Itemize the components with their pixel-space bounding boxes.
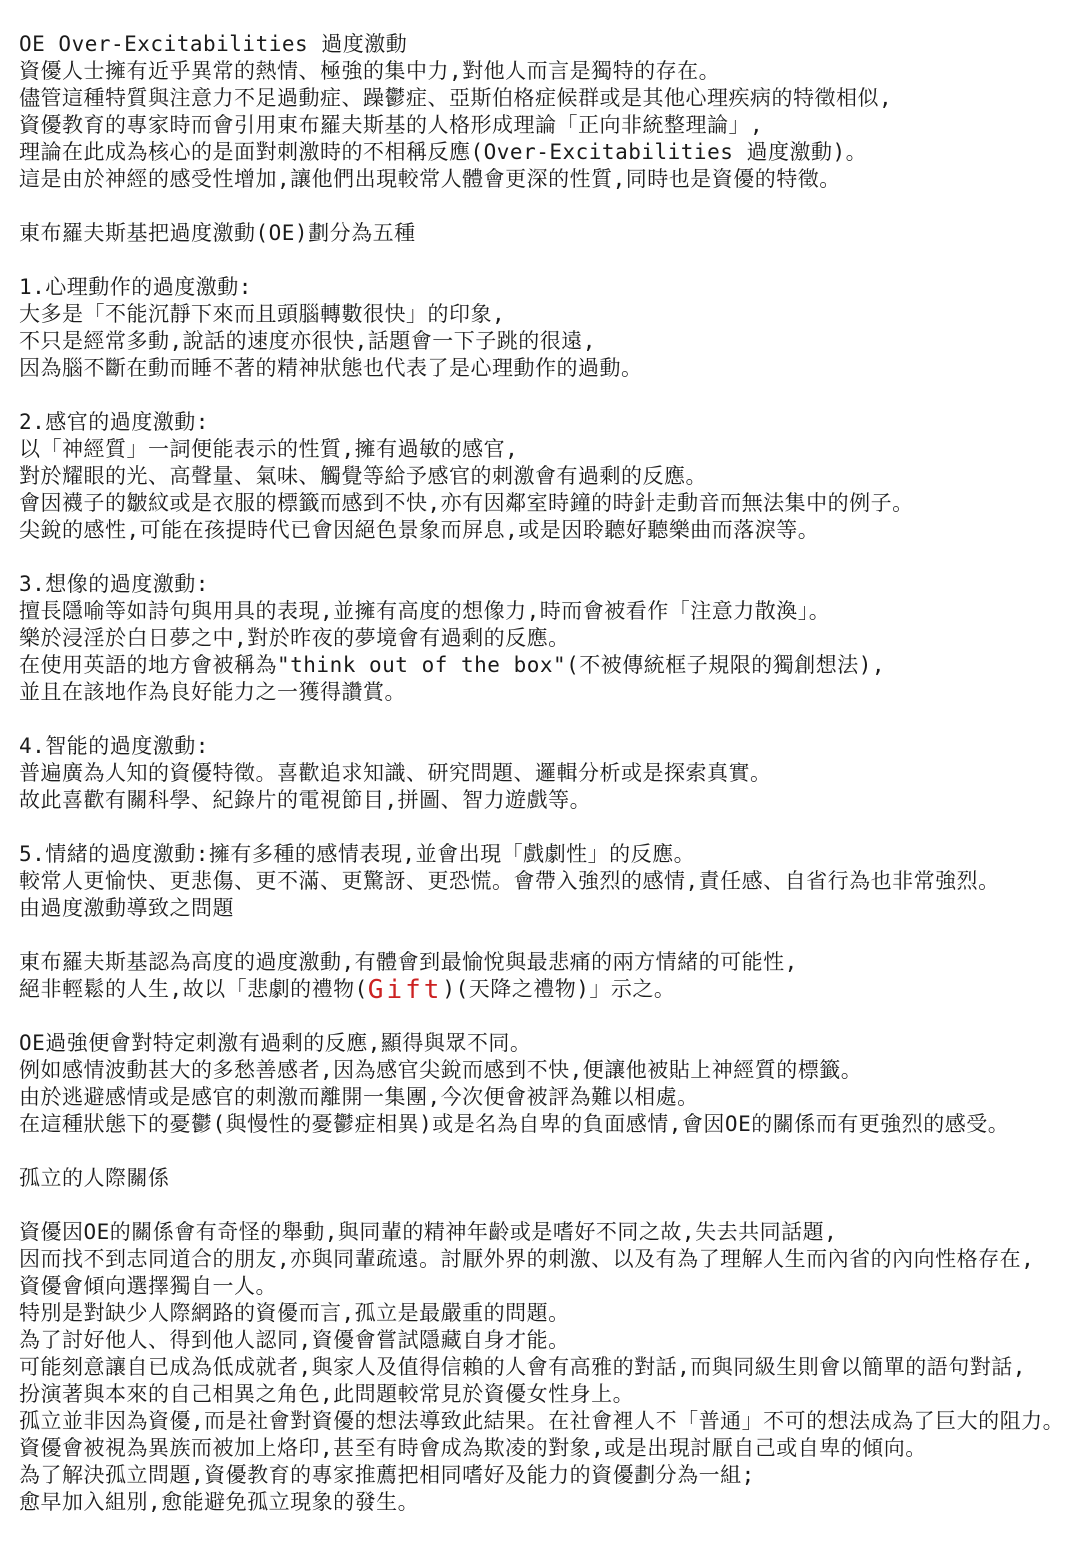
- text-line: 在這種狀態下的憂鬱(與慢性的憂鬱症相異)或是名為自卑的負面感情,會因OE的關係而…: [19, 1111, 1064, 1138]
- text-line: 資優教育的專家時而會引用東布羅夫斯基的人格形成理論「正向非統整理論」,: [19, 112, 1064, 139]
- text-line: 會因襪子的皺紋或是衣服的標籤而感到不快,亦有因鄰室時鐘的時針走動音而無法集中的例…: [19, 490, 1064, 517]
- text-line: 可能刻意讓自已成為低成就者,與家人及值得信賴的人會有高雅的對話,而與同級生則會以…: [19, 1354, 1064, 1381]
- section-heading-line: 2.感官的過度激動:: [19, 409, 1064, 436]
- paragraph-isolation-heading: 孤立的人際關係: [19, 1165, 1064, 1192]
- text-line: 資優因OE的關係會有奇怪的舉動,與同輩的精神年齡或是嗜好不同之故,失去共同話題,: [19, 1219, 1064, 1246]
- paragraph-isolation: 資優因OE的關係會有奇怪的舉動,與同輩的精神年齡或是嗜好不同之故,失去共同話題,…: [19, 1219, 1064, 1516]
- text-line: OE過強便會對特定刺激有過剩的反應,顯得與眾不同。: [19, 1030, 1064, 1057]
- text-line: 資優會被視為異族而被加上烙印,甚至有時會成為欺凌的對象,或是出現討厭自己或自卑的…: [19, 1435, 1064, 1462]
- gift-highlight: Gift: [368, 975, 443, 1005]
- paragraph-psychomotor: 1.心理動作的過度激動: 大多是「不能沉靜下來而且頭腦轉數很快」的印象, 不只是…: [19, 274, 1064, 382]
- text-line: 因而找不到志同道合的朋友,亦與同輩疏遠。討厭外界的刺激、以及有為了理解人生而內省…: [19, 1246, 1064, 1273]
- section-heading-line: 4.智能的過度激動:: [19, 733, 1064, 760]
- text-line: 理論在此成為核心的是面對刺激時的不相稱反應(Over-Excitabilitie…: [19, 139, 1064, 166]
- text-line: 孤立並非因為資優,而是社會對資優的想法導致此結果。在社會裡人不「普通」不可的想法…: [19, 1408, 1064, 1435]
- gift-line-after: )(天降之禮物)」示之。: [442, 977, 675, 1001]
- paragraph-intellectual: 4.智能的過度激動: 普遍廣為人知的資優特徵。喜歡追求知識、研究問題、邏輯分析或…: [19, 733, 1064, 814]
- section-heading-line: 5.情緒的過度激動:擁有多種的感情表現,並會出現「戲劇性」的反應。: [19, 841, 1064, 868]
- text-line: 扮演著與本來的自己相異之角色,此問題較常見於資優女性身上。: [19, 1381, 1064, 1408]
- text-line: 儘管這種特質與注意力不足過動症、躁鬱症、亞斯伯格症候群或是其他心理疾病的特徵相似…: [19, 85, 1064, 112]
- paragraph-emotional: 5.情緒的過度激動:擁有多種的感情表現,並會出現「戲劇性」的反應。 較常人更愉快…: [19, 841, 1064, 922]
- section-heading-line: 孤立的人際關係: [19, 1165, 1064, 1192]
- text-line: 為了討好他人、得到他人認同,資優會嘗試隱藏自身才能。: [19, 1327, 1064, 1354]
- text-line: 並且在該地作為良好能力之一獲得讚賞。: [19, 679, 1064, 706]
- text-line: 特別是對缺少人際網路的資優而言,孤立是最嚴重的問題。: [19, 1300, 1064, 1327]
- text-line: 樂於浸淫於白日夢之中,對於昨夜的夢境會有過剩的反應。: [19, 625, 1064, 652]
- paragraph-intro: OE Over-Excitabilities 過度激動 資優人士擁有近乎異常的熱…: [19, 31, 1064, 193]
- text-line: 愈早加入組別,愈能避免孤立現象的發生。: [19, 1489, 1064, 1516]
- gift-line-before: 絕非輕鬆的人生,故以「悲劇的禮物(: [19, 977, 368, 1001]
- text-line: 例如感情波動甚大的多愁善感者,因為感官尖銳而感到不快,便讓他被貼上神經質的標籤。: [19, 1057, 1064, 1084]
- text-line: 擅長隱喻等如詩句與用具的表現,並擁有高度的想像力,時而會被看作「注意力散渙」。: [19, 598, 1064, 625]
- text-line: 不只是經常多動,說話的速度亦很快,話題會一下子跳的很遠,: [19, 328, 1064, 355]
- text-line: 較常人更愉快、更悲傷、更不滿、更驚訝、更恐慌。會帶入強烈的感情,責任感、自省行為…: [19, 868, 1064, 895]
- paragraph-sensual: 2.感官的過度激動: 以「神經質」一詞便能表示的性質,擁有過敏的感官, 對於耀眼…: [19, 409, 1064, 544]
- paragraph-tragic-gift: 東布羅夫斯基認為高度的過度激動,有體會到最愉悅與最悲痛的兩方情緒的可能性, 絕非…: [19, 949, 1064, 1003]
- section-heading-line: 東布羅夫斯基把過度激動(OE)劃分為五種: [19, 220, 1064, 247]
- text-line: 由於逃避感情或是感官的刺激而離開一集團,今次便會被評為難以相處。: [19, 1084, 1064, 1111]
- text-line: 尖銳的感性,可能在孩提時代已會因絕色景象而屏息,或是因聆聽好聽樂曲而落淚等。: [19, 517, 1064, 544]
- doc-title-line: OE Over-Excitabilities 過度激動: [19, 31, 1064, 58]
- text-line: 因為腦不斷在動而睡不著的精神狀態也代表了是心理動作的過動。: [19, 355, 1064, 382]
- text-line: 資優人士擁有近乎異常的熱情、極強的集中力,對他人而言是獨特的存在。: [19, 58, 1064, 85]
- text-line: 對於耀眼的光、高聲量、氣味、觸覺等給予感官的刺激會有過剩的反應。: [19, 463, 1064, 490]
- paragraph-imaginational: 3.想像的過度激動: 擅長隱喻等如詩句與用具的表現,並擁有高度的想像力,時而會被…: [19, 571, 1064, 706]
- text-line: 資優會傾向選擇獨自一人。: [19, 1273, 1064, 1300]
- section-heading-line: 1.心理動作的過度激動:: [19, 274, 1064, 301]
- text-line: 在使用英語的地方會被稱為"think out of the box"(不被傳統框…: [19, 652, 1064, 679]
- text-line: 大多是「不能沉靜下來而且頭腦轉數很快」的印象,: [19, 301, 1064, 328]
- paragraph-five-types: 東布羅夫斯基把過度激動(OE)劃分為五種: [19, 220, 1064, 247]
- text-line: 為了解決孤立問題,資優教育的專家推薦把相同嗜好及能力的資優劃分為一組;: [19, 1462, 1064, 1489]
- text-line: 故此喜歡有關科學、紀錄片的電視節目,拼圖、智力遊戲等。: [19, 787, 1064, 814]
- paragraph-oe-problems: OE過強便會對特定刺激有過剩的反應,顯得與眾不同。 例如感情波動甚大的多愁善感者…: [19, 1030, 1064, 1138]
- text-line: 以「神經質」一詞便能表示的性質,擁有過敏的感官,: [19, 436, 1064, 463]
- text-line: 這是由於神經的感受性增加,讓他們出現較常人體會更深的性質,同時也是資優的特徵。: [19, 166, 1064, 193]
- gift-line: 絕非輕鬆的人生,故以「悲劇的禮物(Gift)(天降之禮物)」示之。: [19, 976, 1064, 1003]
- text-line: 東布羅夫斯基認為高度的過度激動,有體會到最愉悅與最悲痛的兩方情緒的可能性,: [19, 949, 1064, 976]
- text-line: 普遍廣為人知的資優特徵。喜歡追求知識、研究問題、邏輯分析或是探索真實。: [19, 760, 1064, 787]
- text-line: 由過度激動導致之問題: [19, 895, 1064, 922]
- section-heading-line: 3.想像的過度激動:: [19, 571, 1064, 598]
- document-page: OE Over-Excitabilities 過度激動 資優人士擁有近乎異常的熱…: [0, 0, 1080, 1536]
